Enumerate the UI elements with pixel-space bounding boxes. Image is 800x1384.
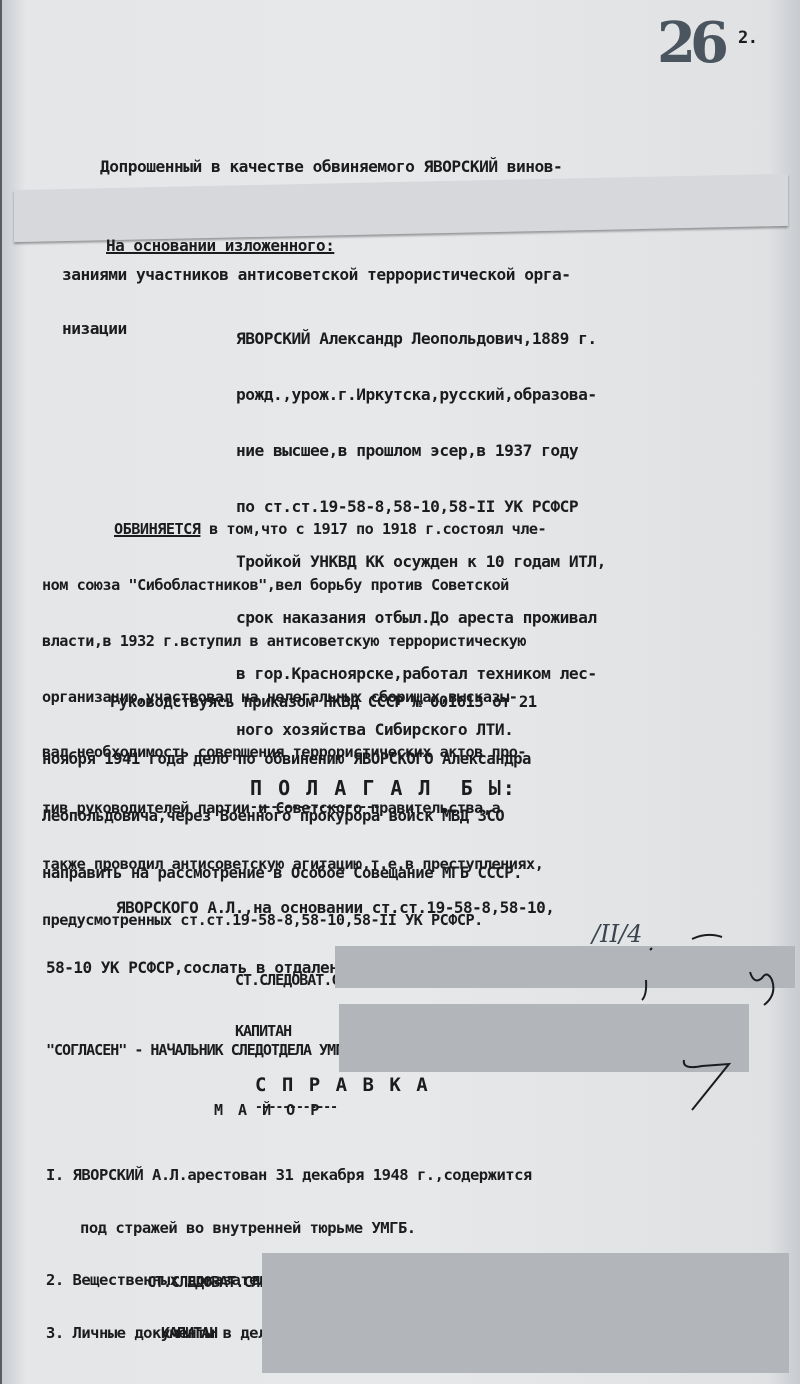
reference-item: I. ЯВОРСКИЙ А.Л.арестован 31 декабря 194… — [46, 1167, 532, 1185]
text-line: ЯВОРСКИЙ А.Л.арестован 31 декабря 1948 г… — [73, 1166, 532, 1184]
reference-heading: С П Р А В К А — [255, 1074, 430, 1096]
item-number: 2. — [46, 1271, 64, 1289]
text-line: под стражей во внутренней тюрьме УМГБ. — [46, 1220, 532, 1238]
redaction-name-investigator-2 — [262, 1253, 789, 1373]
item-number: 3. — [46, 1324, 64, 1342]
reference-underline: ------------ — [255, 1100, 337, 1115]
item-number: I. — [46, 1166, 64, 1184]
document-page: 26 2. Допрошенный в качестве обвиняемого… — [0, 0, 800, 1384]
